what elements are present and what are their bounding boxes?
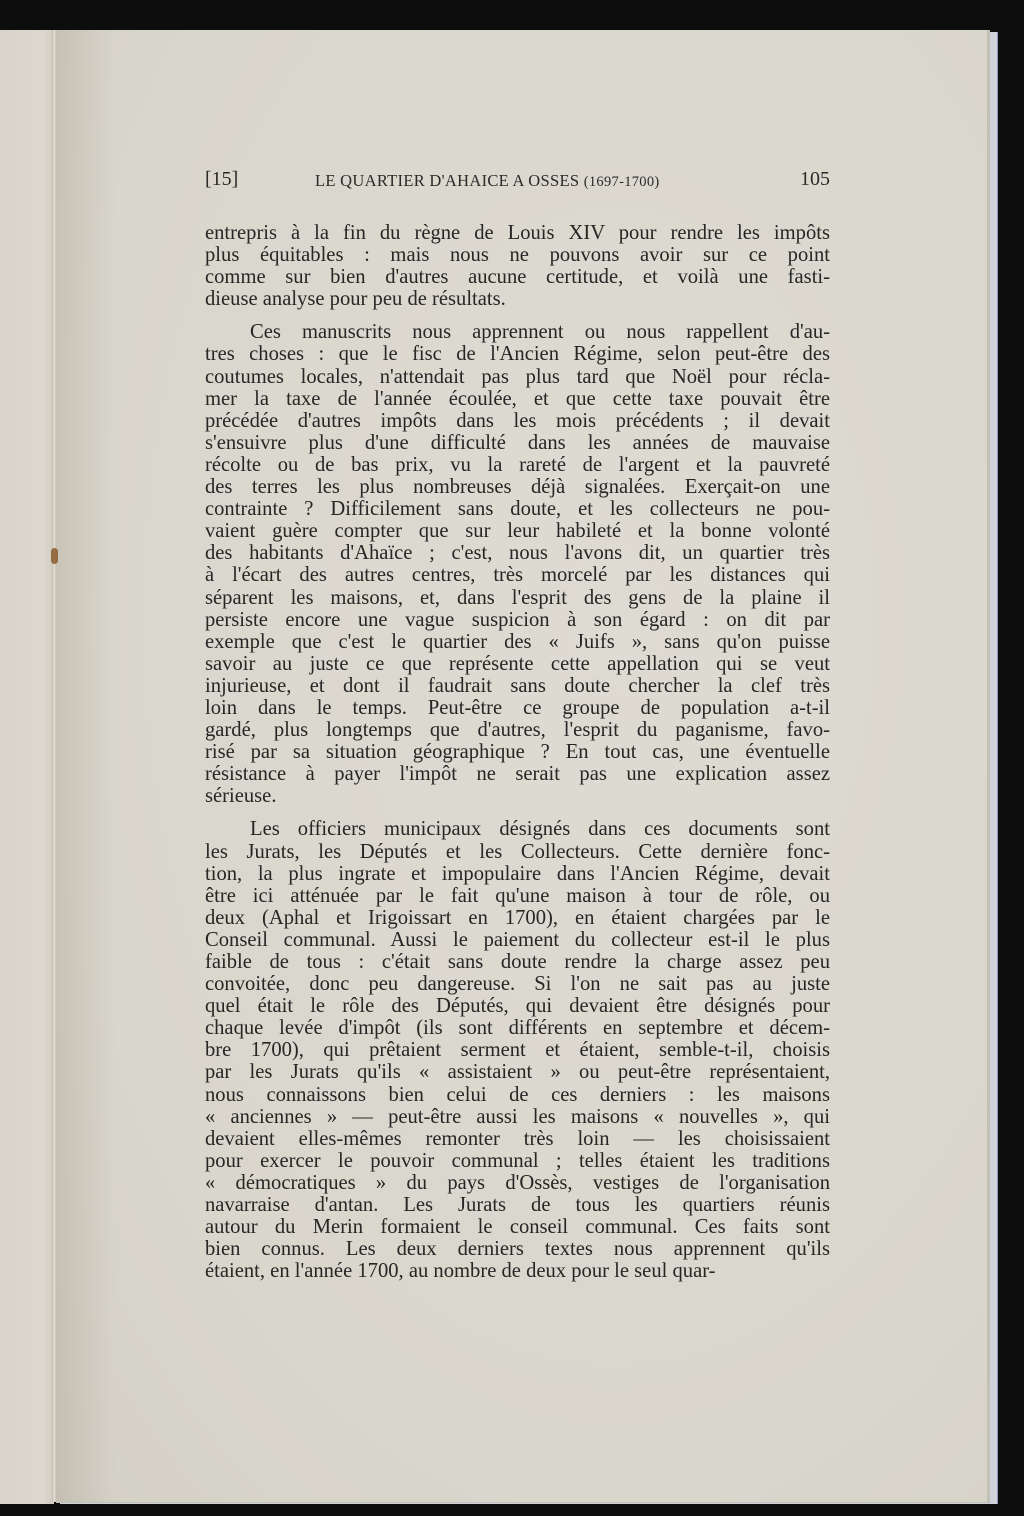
text-line: tion, la plus ingrate et impopulaire dan… (205, 863, 830, 885)
text-line: Conseil communal. Aussi le paiement du c… (205, 929, 830, 951)
text-line: s'ensuivre plus d'une difficulté dans le… (205, 432, 830, 454)
section-number: [15] (205, 168, 238, 191)
text-line: navarraise d'antan. Les Jurats de tous l… (205, 1194, 830, 1216)
paper-stain (51, 548, 58, 564)
text-line: dieuse analyse pour peu de résultats. (205, 288, 830, 310)
text-line: vaient guère compter que sur leur habile… (205, 520, 830, 542)
text-line: entrepris à la fin du règne de Louis XIV… (205, 222, 830, 244)
book-gutter (52, 30, 56, 1502)
text-line: devaient elles-mêmes remonter très loin … (205, 1128, 830, 1150)
text-line: des terres les plus nombreuses déjà sign… (205, 476, 830, 498)
text-line: pour exercer le pouvoir communal ; telle… (205, 1150, 830, 1172)
text-line: tres choses : que le fisc de l'Ancien Ré… (205, 343, 830, 365)
running-head: [15] LE QUARTIER D'AHAICE A OSSES (1697-… (205, 168, 830, 198)
text-line: convoitée, donc peu dangereuse. Si l'on … (205, 973, 830, 995)
text-line: risé par sa situation géographique ? En … (205, 741, 830, 763)
text-line: quel était le rôle des Députés, qui deva… (205, 995, 830, 1017)
text-line: résistance à payer l'impôt ne serait pas… (205, 763, 830, 785)
running-title-years: (1697-1700) (584, 174, 660, 190)
text-line: être ici atténuée par le fait qu'une mai… (205, 885, 830, 907)
text-line: nous connaissons bien celui de ces derni… (205, 1084, 830, 1106)
text-line: des habitants d'Ahaïce ; c'est, nous l'a… (205, 542, 830, 564)
text-line: par les Jurats qu'ils « assistaient » ou… (205, 1061, 830, 1083)
paragraph: entrepris à la fin du règne de Louis XIV… (205, 222, 830, 310)
text-line: deux (Aphal et Irigoissart en 1700), en … (205, 907, 830, 929)
text-line: injurieuse, et dont il faudrait sans dou… (205, 675, 830, 697)
text-line: « démocratiques » du pays d'Ossès, vesti… (205, 1172, 830, 1194)
text-line: bre 1700), qui prêtaient serment et étai… (205, 1039, 830, 1061)
body-text: entrepris à la fin du règne de Louis XIV… (205, 222, 830, 1282)
gutter-shadow (56, 30, 116, 1502)
text-line: plus équitables : mais nous ne pouvons a… (205, 244, 830, 266)
text-line: chaque levée d'impôt (ils sont différent… (205, 1017, 830, 1039)
facing-page-edge (0, 30, 54, 1504)
text-line: étaient, en l'année 1700, au nombre de d… (205, 1260, 830, 1282)
paragraph: Les officiers municipaux désignés dans c… (205, 818, 830, 1282)
text-line: gardé, plus longtemps que d'autres, l'es… (205, 719, 830, 741)
text-line: persiste encore une vague suspicion à so… (205, 609, 830, 631)
page-number: 105 (800, 168, 830, 191)
text-line: exemple que c'est le quartier des « Juif… (205, 631, 830, 653)
text-line: séparent les maisons, et, dans l'esprit … (205, 587, 830, 609)
text-line: Ces manuscrits nous apprennent ou nous r… (205, 321, 830, 343)
text-line: Les officiers municipaux désignés dans c… (205, 818, 830, 840)
text-line: faible de tous : c'était sans doute rend… (205, 951, 830, 973)
running-title: LE QUARTIER D'AHAICE A OSSES (1697-1700) (315, 171, 660, 191)
text-line: « anciennes » — peut-être aussi les mais… (205, 1106, 830, 1128)
text-line: contrainte ? Difficilement sans doute, e… (205, 498, 830, 520)
text-line: précédée d'autres impôts dans les mois p… (205, 410, 830, 432)
running-title-text: LE QUARTIER D'AHAICE A OSSES (315, 171, 579, 190)
text-line: comme sur bien d'autres aucune certitude… (205, 266, 830, 288)
text-line: récolte ou de bas prix, vu la rareté de … (205, 454, 830, 476)
text-line: les Jurats, les Députés et les Collecteu… (205, 841, 830, 863)
text-line: coutumes locales, n'attendait pas plus t… (205, 366, 830, 388)
text-line: savoir au juste ce que représente cette … (205, 653, 830, 675)
text-line: sérieuse. (205, 785, 830, 807)
text-line: mer la taxe de l'année écoulée, et que c… (205, 388, 830, 410)
text-line: bien connus. Les deux derniers textes no… (205, 1238, 830, 1260)
text-line: loin dans le temps. Peut-être ce groupe … (205, 697, 830, 719)
paragraph: Ces manuscrits nous apprennent ou nous r… (205, 321, 830, 807)
text-line: à l'écart des autres centres, très morce… (205, 564, 830, 586)
text-line: autour du Merin formaient le conseil com… (205, 1216, 830, 1238)
